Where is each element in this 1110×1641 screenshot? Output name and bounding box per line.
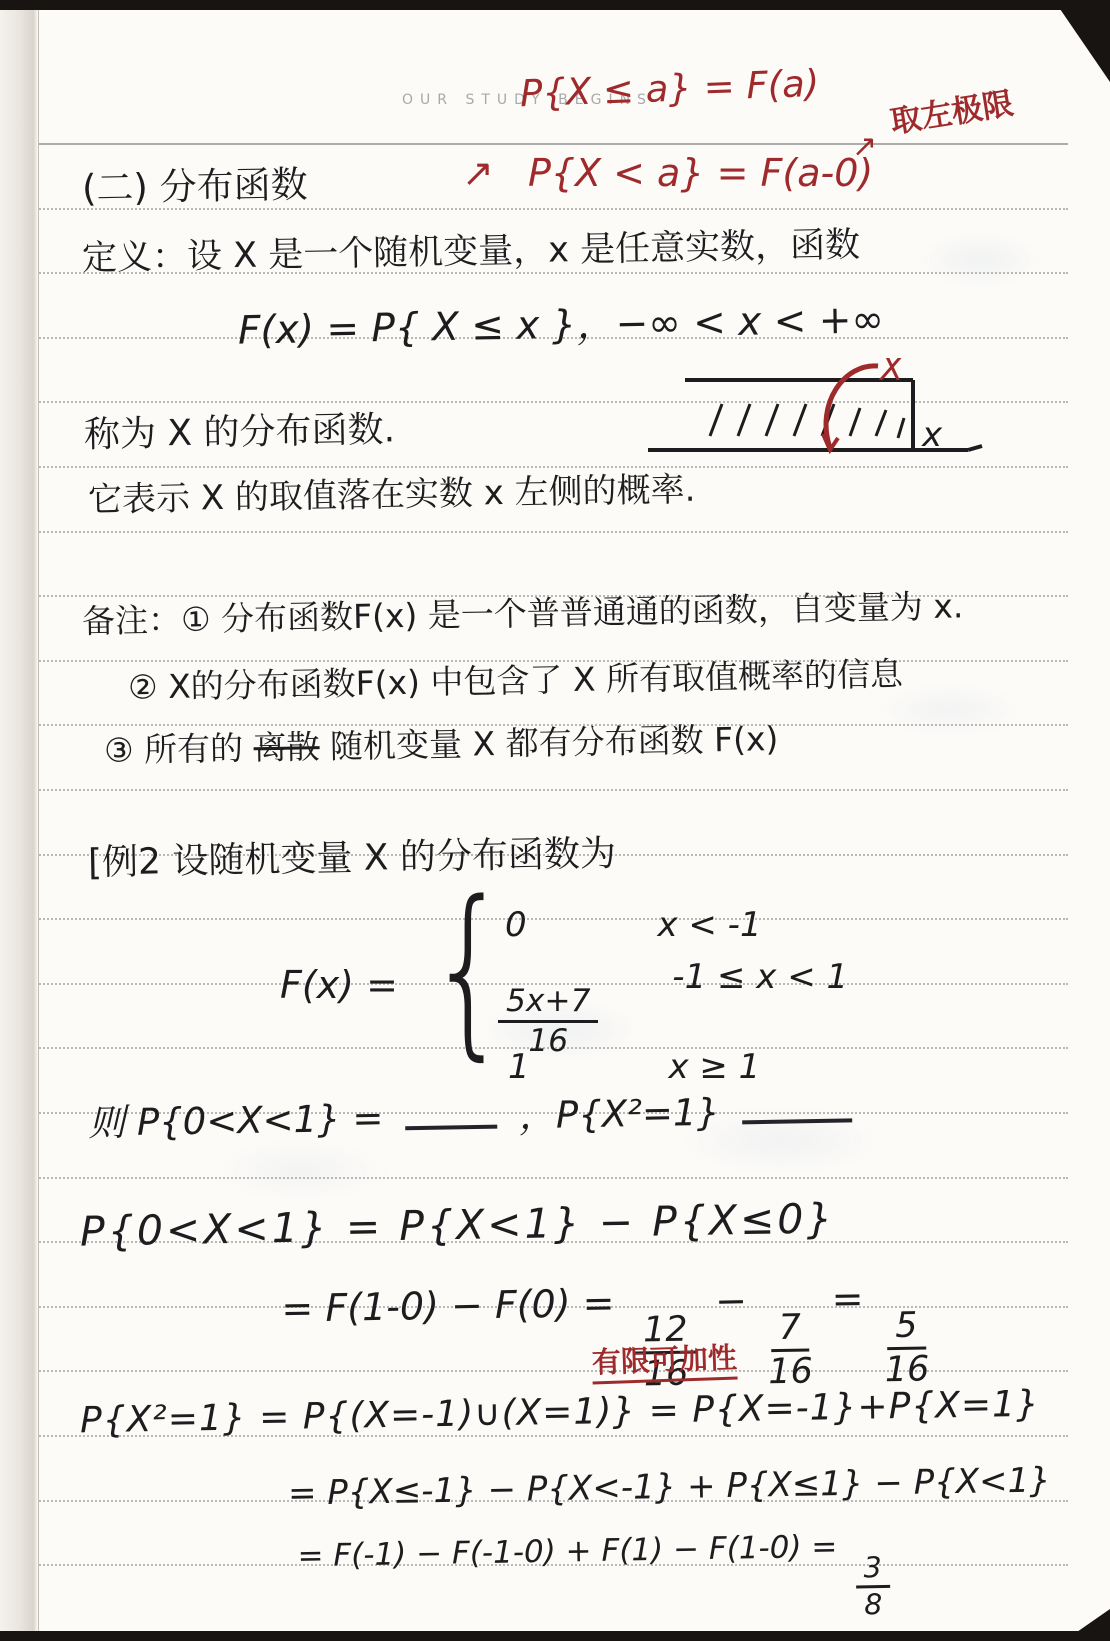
remark-3-rest: 随机变量 X 都有分布函数 F(x) (330, 719, 779, 766)
red-annotation-left-limit: 取左极限 (888, 87, 1016, 142)
question-line: 则 P{0<X<1} = ，P{X²=1} (88, 1081, 863, 1145)
piecewise-fx-label: F(x) = (280, 963, 398, 1007)
piece-condition: x < -1 (657, 905, 761, 945)
remarks-label: 备注： (82, 600, 182, 641)
piece-value: 0 (505, 905, 527, 945)
up-right-arrow-icon: ↗ (462, 151, 494, 195)
fraction-denominator: 16 (768, 1351, 813, 1390)
fraction-numerator: 7 (770, 1310, 809, 1352)
red-x-marker: X (878, 358, 904, 389)
solution-line-3: P{X²=1} = P{(X=-1)∪(X=1)} = P{X=-1}+P{X=… (80, 1384, 1041, 1442)
solution-line-5: = F(-1) − F(-1-0) + F(1) − F(1-0) = 38 (297, 1529, 898, 1631)
piecewise-row-1: 0 x < -1 (505, 905, 762, 945)
answer-blank-1 (405, 1088, 498, 1131)
ruled-line (28, 531, 1068, 533)
fraction-7-16: 716 (767, 1310, 813, 1391)
remark-3-prefix: ③ 所有的 (104, 728, 244, 769)
equals-sign: = (831, 1277, 864, 1322)
ruled-line (28, 1177, 1068, 1179)
fraction-numerator: 3 (855, 1553, 890, 1589)
notebook-page: OUR STUDY BEGINS P{X ≤ a} = F(a) ↗ 取左极限 … (0, 10, 1110, 1631)
notebook-photo: { "page": { "watermark": "OUR STUDY BEGI… (0, 0, 1110, 1641)
hatching (710, 404, 904, 438)
fraction-denominator: 16 (884, 1349, 929, 1388)
axis-x-label: x (921, 415, 943, 455)
example-title: [例2 设随机变量 X 的分布函数为 (88, 833, 617, 884)
number-line-figure: X x (630, 358, 1000, 478)
red-formula-lt-line: ↗ P{X < a} = F(a-0) (462, 152, 873, 196)
red-formula-lt: P{X < a} = F(a-0) (528, 151, 873, 195)
meaning-line: 它表示 X 的取值落在实数 x 左侧的概率. (88, 471, 696, 521)
definition-line: 定义：设 X 是一个随机变量，x 是任意实数，函数 (82, 225, 861, 279)
piece-value: 1 (508, 1047, 530, 1087)
solution-line-1: P{0<X<1} = P{X<1} − P{X≤0} (80, 1195, 836, 1255)
piece-condition: -1 ≤ x < 1 (672, 957, 848, 997)
piecewise-function: F(x) = { 0 x < -1 5x+716 -1 ≤ x < 1 1 x … (280, 905, 840, 1105)
minus-sign: − (715, 1279, 748, 1324)
ruled-line (28, 789, 1068, 791)
piece-condition: x ≥ 1 (668, 1047, 760, 1087)
remark-line-3: ③ 所有的 离散 随机变量 X 都有分布函数 F(x) (104, 720, 779, 770)
red-formula-le: P{X ≤ a} = F(a) (519, 63, 820, 116)
ruled-line (28, 143, 1068, 145)
question-prefix: 则 P{0<X<1} = (88, 1097, 384, 1145)
fraction-denominator: 8 (864, 1588, 883, 1620)
fraction-3-8: 38 (855, 1553, 890, 1620)
solution-line-4: = P{X≤-1} − P{X<-1} + P{X≤1} − P{X<1} (288, 1461, 1051, 1513)
page-left-edge (0, 10, 39, 1631)
question-mid: ，P{X²=1} (519, 1091, 721, 1138)
solution-line-2-prefix: = F(1-0) − F(0) = (281, 1281, 615, 1331)
piecewise-row-2: 5x+716 -1 ≤ x < 1 (490, 957, 848, 1058)
section-heading: (二) 分布函数 (82, 164, 308, 210)
cdf-formula: F(x) = P{ X ≤ x }，−∞ < x < +∞ (238, 298, 885, 354)
remark-3-crossed-out: 离散 (253, 727, 320, 767)
answer-blank-2 (741, 1081, 852, 1124)
axis-arrowhead-icon (968, 446, 982, 450)
remark-2: ② X的分布函数F(x) 中包含了 X 所有取值概率的信息 (128, 655, 904, 706)
fraction-5-16: 516 (884, 1308, 930, 1389)
called-line: 称为 X 的分布函数. (84, 409, 396, 456)
piecewise-row-3: 1 x ≥ 1 (508, 1047, 760, 1087)
solution-line-5-prefix: = F(-1) − F(-1-0) + F(1) − F(1-0) = (297, 1529, 837, 1574)
fraction-numerator: 5 (887, 1308, 926, 1350)
fraction-numerator: 5x+7 (498, 985, 598, 1023)
red-note-finite-additivity: 有限可加性 (591, 1341, 737, 1384)
photo-top-edge (0, 0, 1110, 10)
photo-bottom-edge (0, 1632, 1110, 1641)
